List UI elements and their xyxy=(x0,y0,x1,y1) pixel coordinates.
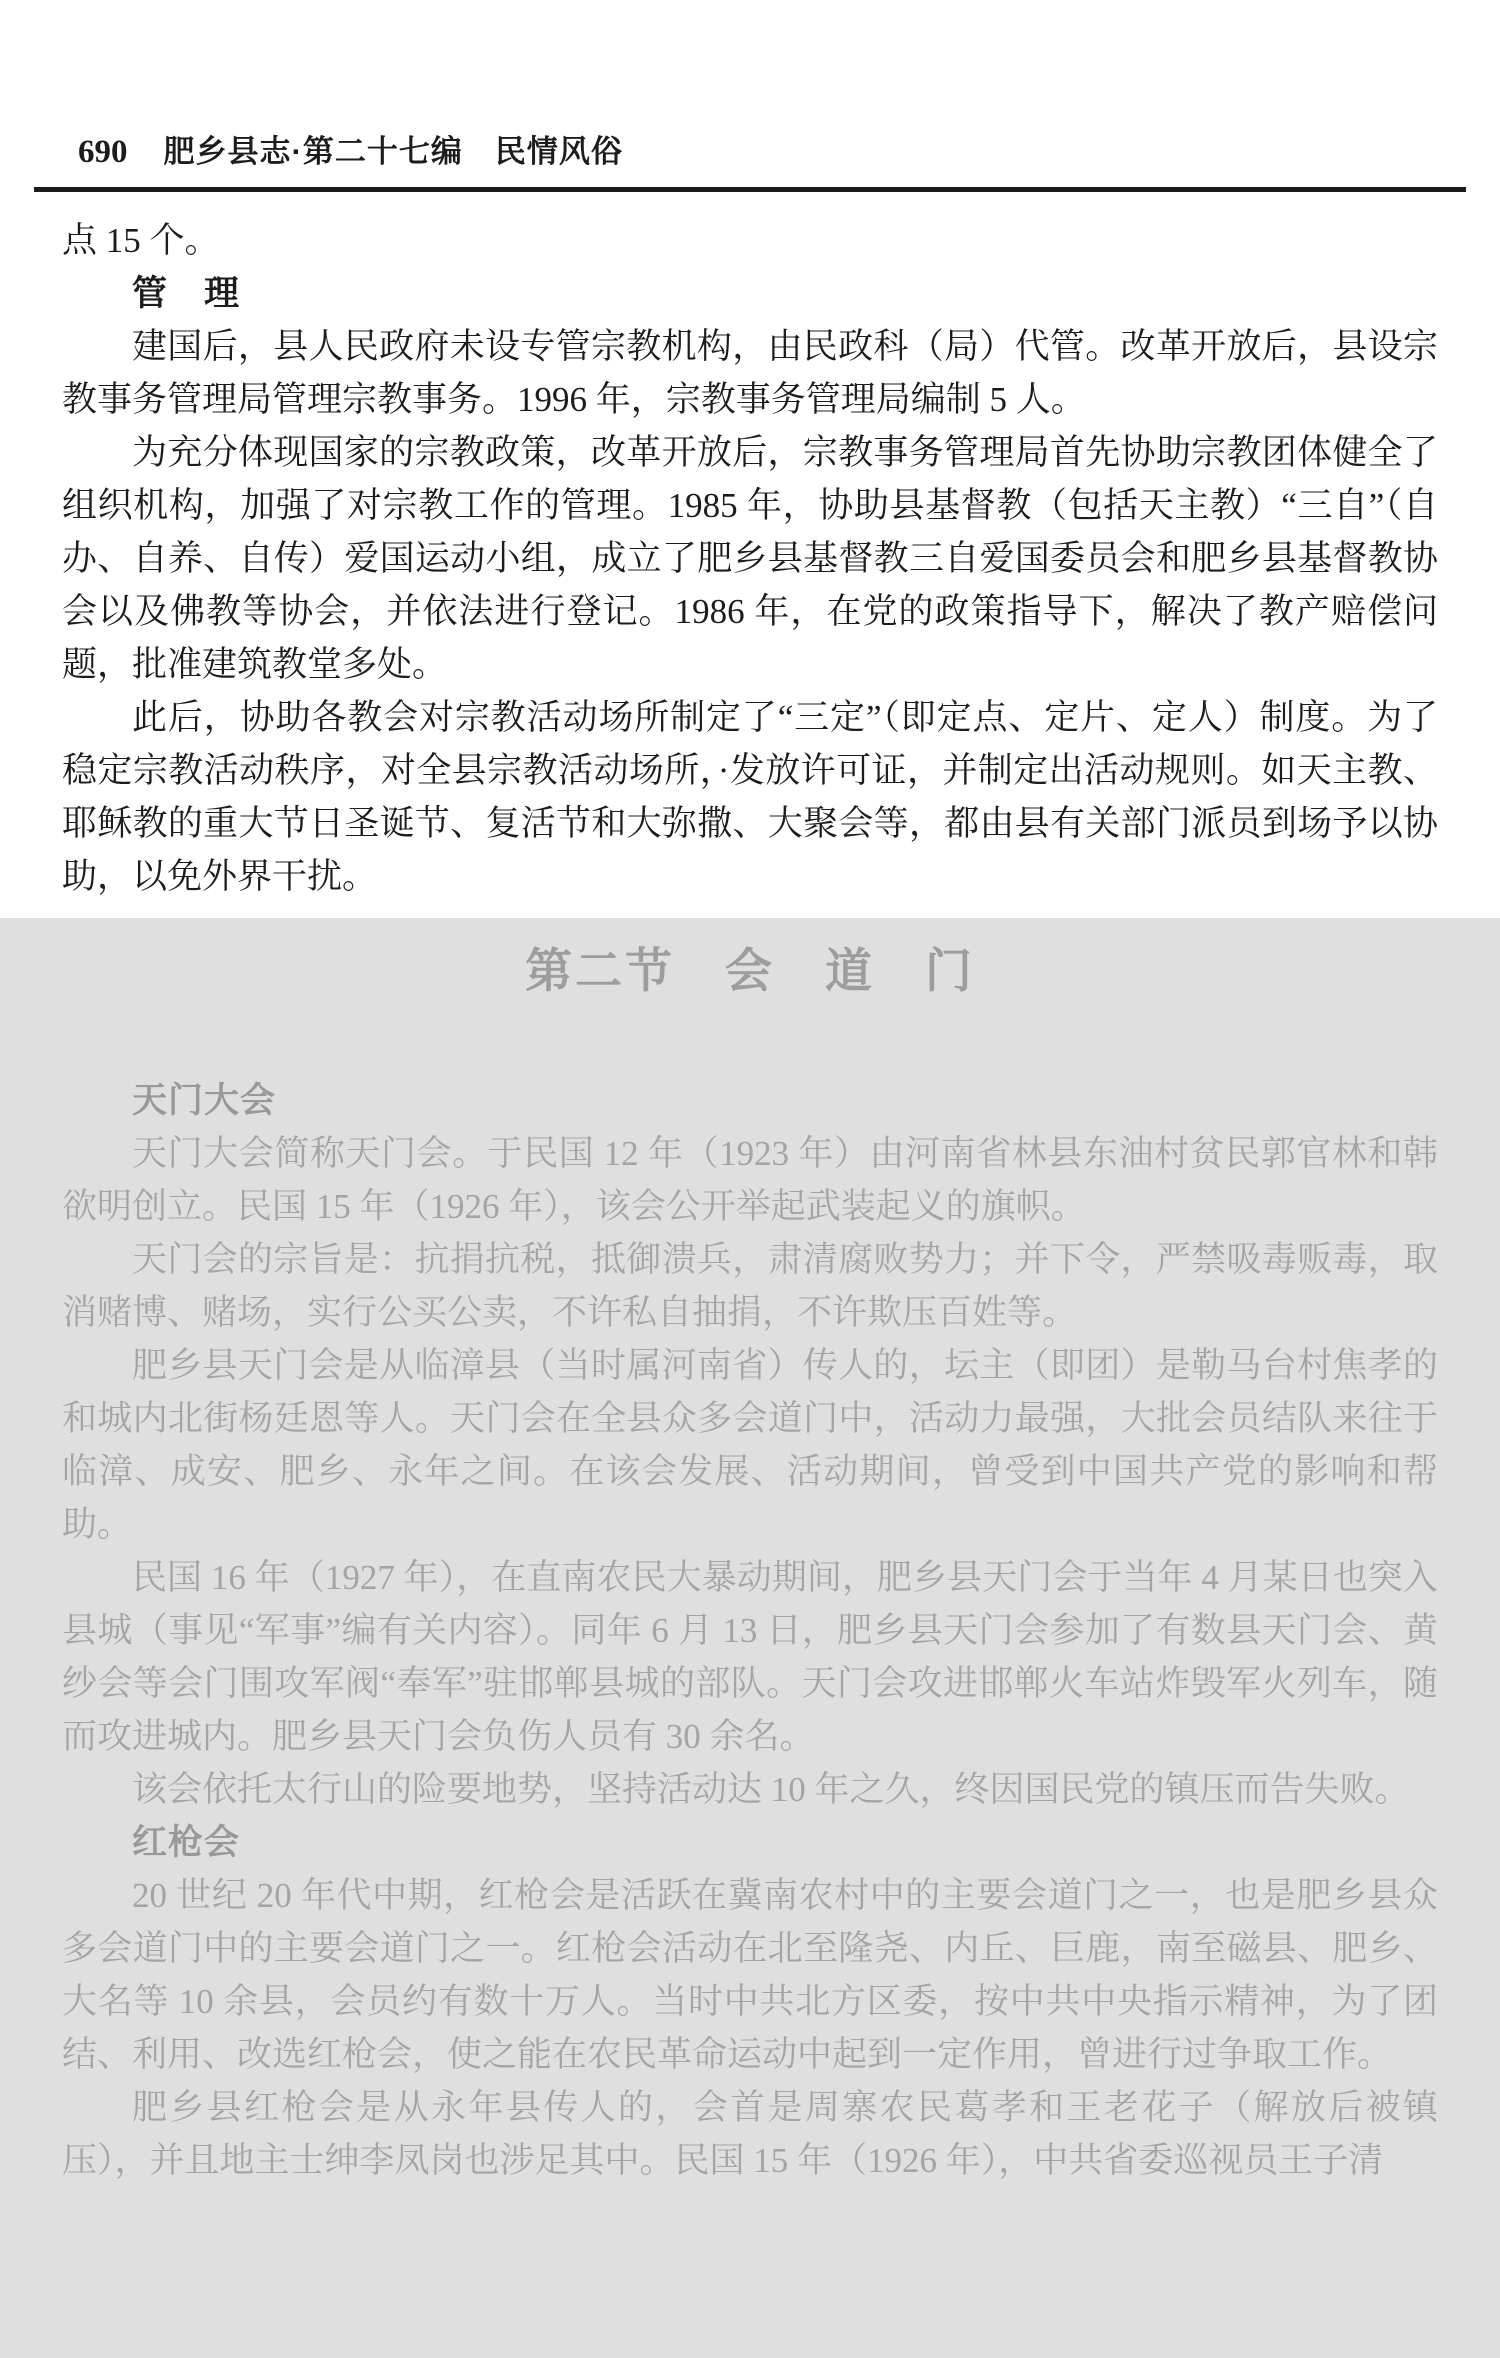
paragraph: 20 世纪 20 年代中期，红枪会是活跃在冀南农村中的主要会道门之一，也是肥乡县… xyxy=(62,1869,1438,2081)
section-title: 第二节 会 道 门 xyxy=(62,942,1438,1000)
paragraph: 天门大会简称天门会。于民国 12 年（1923 年）由河南省林县东油村贫民郭官林… xyxy=(62,1127,1438,1233)
religion-management-section: 690肥乡县志·第二十七编 民情风俗 点 15 个。管 理建国后，县人民政府未设… xyxy=(0,0,1500,918)
huidaomen-section: 第二节 会 道 门 天门大会天门大会简称天门会。于民国 12 年（1923 年）… xyxy=(0,918,1500,2358)
paragraph: 点 15 个。 xyxy=(62,214,1438,267)
book-title: 肥乡县志·第二十七编 民情风俗 xyxy=(164,134,623,169)
section-body-text: 天门大会天门大会简称天门会。于民国 12 年（1923 年）由河南省林县东油村贫… xyxy=(62,1074,1438,2187)
body-text: 点 15 个。管 理建国后，县人民政府未设专管宗教机构，由民政科（局）代管。改革… xyxy=(0,192,1500,903)
running-header: 690肥乡县志·第二十七编 民情风俗 xyxy=(0,0,1500,171)
paragraph: 建国后，县人民政府未设专管宗教机构，由民政科（局）代管。改革开放后，县设宗教事务… xyxy=(62,320,1438,426)
subsection-heading: 管 理 xyxy=(62,267,1438,320)
page-number: 690 xyxy=(78,134,128,170)
paragraph: 天门会的宗旨是：抗捐抗税，抵御溃兵，肃清腐败势力；并下令，严禁吸毒贩毒，取消赌博… xyxy=(62,1233,1438,1339)
paragraph: 为充分体现国家的宗教政策，改革开放后，宗教事务管理局首先协助宗教团体健全了组织机… xyxy=(62,426,1438,691)
paragraph: 肥乡县天门会是从临漳县（当时属河南省）传人的，坛主（即团）是勒马台村焦孝的和城内… xyxy=(62,1339,1438,1551)
paragraph: 此后，协助各教会对宗教活动场所制定了“三定”（即定点、定片、定人）制度。为了稳定… xyxy=(62,691,1438,903)
paragraph: 民国 16 年（1927 年），在直南农民大暴动期间，肥乡县天门会于当年 4 月… xyxy=(62,1551,1438,1763)
subsection-heading: 天门大会 xyxy=(62,1074,1438,1127)
subsection-heading: 红枪会 xyxy=(62,1816,1438,1869)
scanned-book-page: 690肥乡县志·第二十七编 民情风俗 点 15 个。管 理建国后，县人民政府未设… xyxy=(0,0,1500,2358)
paragraph: 该会依托太行山的险要地势，坚持活动达 10 年之久，终因国民党的镇压而告失败。 xyxy=(62,1763,1438,1816)
paragraph: 肥乡县红枪会是从永年县传人的，会首是周寨农民葛孝和王老花子（解放后被镇压），并且… xyxy=(62,2081,1438,2187)
